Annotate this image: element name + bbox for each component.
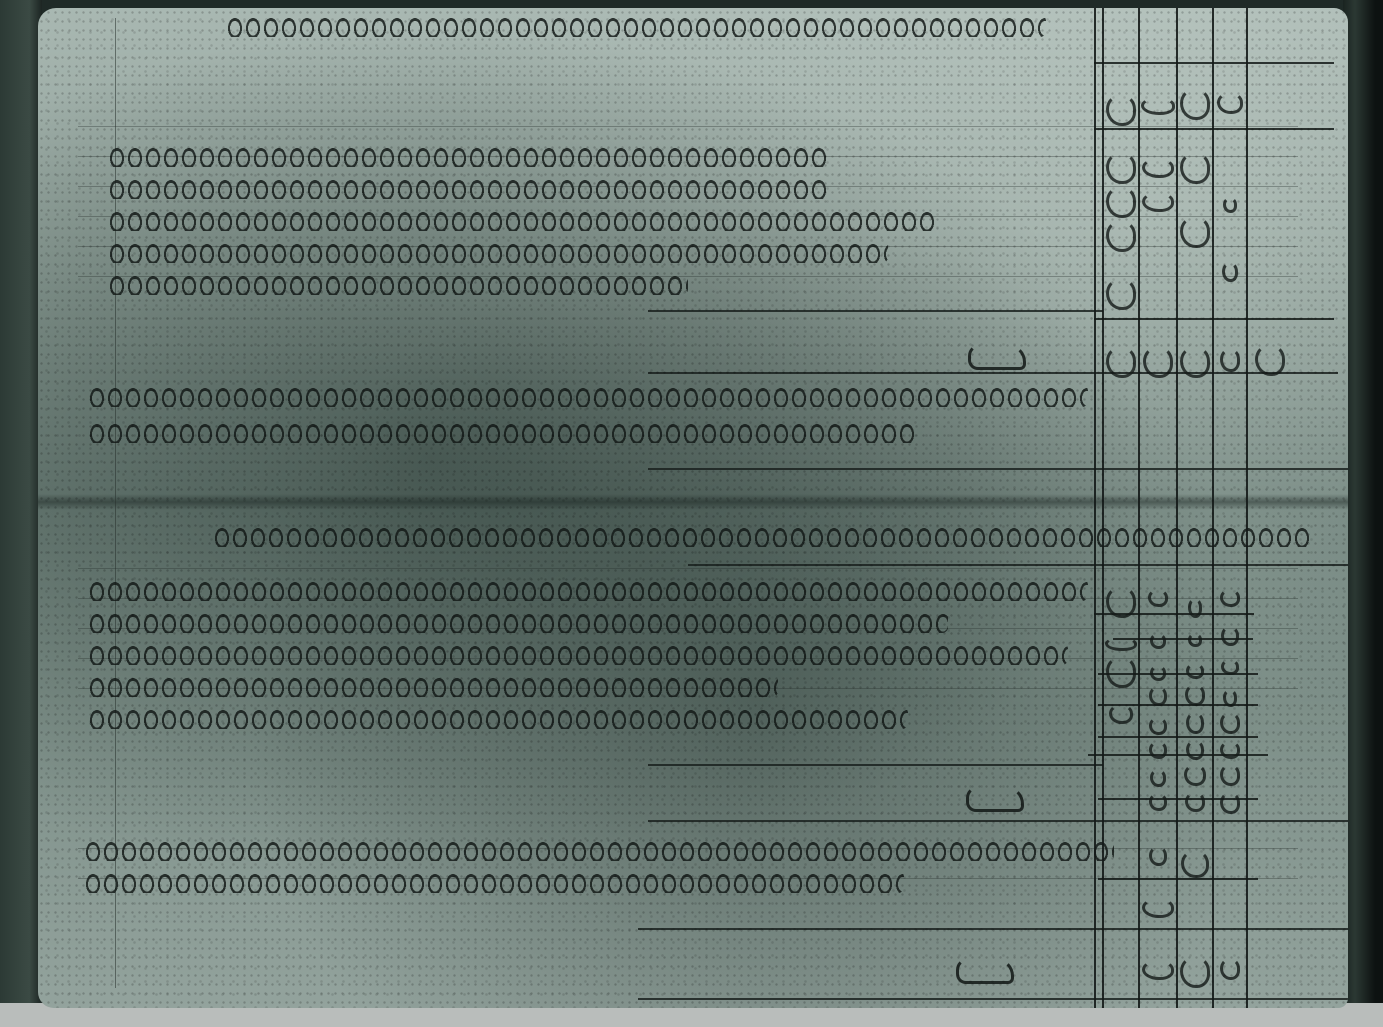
ledger-cell: ၂ — [1216, 262, 1244, 287]
section2-line-5: တရုပ် ဆော ဆော် ရွှေ ဘော ဓေဝ ပေါ် ဓေ တဘတ်… — [88, 706, 908, 730]
ledger-cell: ၂၈၁ — [1140, 158, 1176, 183]
ledger-cell: ၇ — [1140, 846, 1176, 871]
ledger-total-cell: ၂၁၆ — [1104, 346, 1138, 383]
ledger-cell: ၆ — [1178, 684, 1212, 711]
ledger-cell: ၈ — [1178, 660, 1212, 684]
ledger-header-ngwe: ငွေ — [1104, 94, 1138, 131]
ledger-cell: ၀ — [1178, 712, 1212, 739]
ledger-cell: ၆၀ — [1104, 656, 1138, 693]
section2-line-1: ပန်းဆော် ကို ရေ လှော် ဆောင်း ဓေဗျာ တော်ရ… — [88, 578, 1088, 602]
ledger-cell: ၈ — [1214, 656, 1246, 680]
section2-note-rule — [638, 928, 1348, 930]
section1-note-2: နှုင်ပေါ် ရှု နှ ဗိုလ် ငွေ ၁ ချူကု မြို့… — [88, 420, 918, 444]
ledger-cell: ၉ — [1140, 716, 1176, 740]
ledger-cell: ၁၃၉ — [1104, 186, 1138, 223]
ledger-cell: ၂၀ — [1178, 850, 1212, 883]
section2-note-1: တရုပ် ဘတ် မြို့ ကြ ဓေ ရွှေ ဘ ဆော် ဓေ ရှေ… — [84, 838, 1114, 862]
ledger-header-ywe: ရွေး — [1214, 92, 1246, 119]
ledger-total-cell: ၃၈၁ — [1140, 346, 1176, 383]
ledger-col-line-1 — [1094, 8, 1096, 1008]
section1-sum-rule — [648, 310, 1103, 312]
ledger-cell: ၈ — [1140, 588, 1176, 612]
grand-total-rule — [638, 998, 1348, 1000]
ledger-subtotal-cell: ၈ — [1178, 792, 1212, 817]
ledger-subtotal-cell: ၃ — [1140, 792, 1176, 816]
ledger-header-pe: ပဲ — [1178, 88, 1212, 125]
ledger-cell: ၁ — [1216, 194, 1244, 218]
ledger-cell: ၄ — [1214, 740, 1246, 764]
section2-note-2: တရုပ် ချစ် ချော် လှ ရှည် ရှု ဘ ကုန် တွင်… — [84, 870, 904, 894]
ledger-cell: ၂၈၁ — [1140, 898, 1176, 923]
ledger-cell: ၂၈၁ — [1140, 192, 1176, 217]
section1-end-rule — [648, 468, 1348, 470]
ledger-cell: ၄၀ — [1104, 704, 1138, 729]
section1-line-5: တရုပ် နိုင်ငံ ဗိုလ် ဘဏ် မြို့ ကိုသိသည် ဘ… — [108, 272, 688, 296]
section2-line-2: တရုပ် ဘတ် ဖော် ကို ဆ ဆောင် ကြ မြို့တွင်း… — [88, 610, 948, 634]
ledger-grand-total-cell: ၃ — [1214, 958, 1246, 985]
ledger-cell: ၇ — [1178, 598, 1212, 623]
ledger-cell: ၀ — [1178, 764, 1212, 791]
section2-line-4: အဘိုင် ကြ ဘော် ရွှေ ရွှေ ဆိတ် ဓေဝ မြို့ … — [88, 674, 778, 698]
ledger-cell: ၇ — [1214, 626, 1246, 651]
section1-line-3: ဘုရင် ဓမ္မလင်္ကာ မြို့ချင်း ဖြူ ရုံ ပမ်း… — [108, 208, 938, 232]
ledger-cell: ၉ — [1214, 764, 1246, 791]
ledger-cell: ၇ — [1140, 662, 1176, 686]
ledger-cell: ၇၆ — [1178, 216, 1212, 253]
ledger-cell: ၆၀ — [1104, 586, 1138, 623]
ledger-cell: ၁၃ — [1104, 278, 1138, 315]
ledger-cell: ၁၀၀ — [1104, 632, 1138, 656]
grand-total-label: ပေါင်း — [956, 958, 1014, 990]
section2-sum-rule — [648, 764, 1103, 766]
document-title: မြို့နယ်ကြီး ငွေဘ ပေါင်း ဆင့်ပို့ ချင်းတ… — [226, 14, 1046, 38]
ledger-grand-total-cell: ၃၇ — [1178, 956, 1212, 993]
scan-background-left — [0, 0, 42, 1027]
ledger-cell: ၁၃ — [1104, 220, 1138, 257]
ledger-cell: ၅ — [1140, 768, 1176, 792]
section1-line-2: ၁၂၃၄ ခုနှစ် ဘုဒ်ငွေကြီး ဘ ပေါင်း ချင်းတွ… — [108, 176, 828, 200]
section2-heading: ၁၂၃၃ ခုနှစ် ဘုဒ်ငွေ ပေးချင်း ရွှေ များ က… — [213, 524, 1313, 548]
ledger-cell: ၈ — [1214, 588, 1246, 612]
ledger-cell: ၈ — [1178, 740, 1212, 765]
ledger-col-line-6 — [1246, 8, 1248, 1008]
ledger-subtotal-cell: ၉ — [1214, 792, 1246, 819]
ledger-cell: ၂၇၈ — [1104, 152, 1138, 189]
scan-background-right — [1343, 0, 1383, 1027]
ledger-total-cell: ၄၆ — [1178, 346, 1212, 383]
ledger-total-cell: ၁၃ — [1250, 344, 1290, 381]
section2-heading-rule — [688, 564, 1348, 566]
ledger-cell: ၂၃ — [1178, 152, 1212, 189]
ledger-page: မြို့နယ်ကြီး ငွေဘ ပေါင်း ဆင့်ပို့ ချင်းတ… — [38, 8, 1348, 1008]
ledger-grand-total-cell: ၂၈၁ — [1140, 960, 1176, 985]
section2-line-3: တရုပ် ရုပ်ဘ ဘုန်း တော်ကား ဘ ထိမ်း ချို ဓ… — [88, 642, 1068, 666]
ledger-cell: ၆ — [1214, 688, 1246, 712]
ledger-cell: ၄ — [1140, 630, 1176, 654]
ledger-cell: ၇ — [1214, 712, 1246, 739]
page-fold — [38, 494, 1348, 510]
section1-note-1: နိုင်ငံတော် ပေါင်း ဆင့်ပို့ များ ကို မြိ… — [88, 384, 1088, 408]
ledger-total-cell: ၃ — [1214, 348, 1246, 377]
section2-total-label: ပေါင်း — [966, 786, 1024, 818]
section1-line-1: ၁၂၃၃ ခုနှစ် ဘုဒ်ငွေကြီး ဘ ပေါင်း ဆင့်ပို… — [108, 144, 828, 168]
ledger-header-kyat: ကျပ် — [1140, 96, 1176, 120]
ledger-cell: ၅ — [1140, 740, 1176, 764]
section1-line-4: တရုပ် ကုန်းတော် ကုန် ကတ် ရဲကန် မြို့ ဝင်… — [108, 240, 888, 264]
ledger-cell: ၇ — [1178, 628, 1212, 652]
